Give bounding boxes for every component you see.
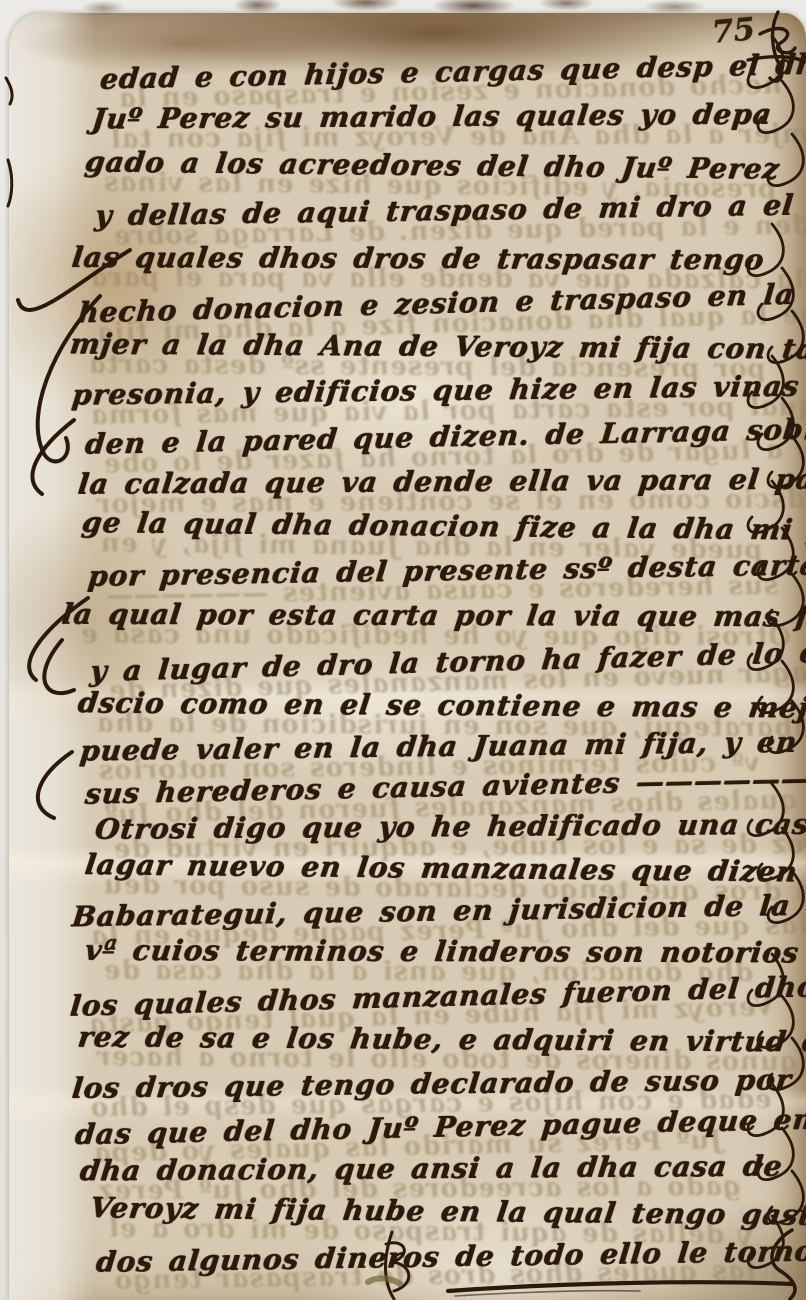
line-end-flourish bbox=[748, 356, 783, 408]
line-end-flourish bbox=[768, 436, 803, 488]
line-end-flourish bbox=[758, 81, 793, 133]
line-end-flourish bbox=[748, 954, 783, 1006]
line-end-flourish bbox=[758, 828, 793, 880]
line-end-flourish bbox=[748, 1084, 783, 1136]
left-margin-flourish bbox=[6, 78, 130, 818]
line-end-flourish bbox=[748, 224, 783, 276]
manuscript-scan: hecho donacion e zesion e traspaso en la… bbox=[0, 0, 806, 1300]
bottom-paraph-icon bbox=[368, 1232, 409, 1299]
folio-rubric-icon bbox=[748, 12, 803, 81]
line-end-flourish bbox=[768, 134, 803, 186]
line-end-flourish bbox=[748, 618, 783, 670]
line-end-flourish bbox=[758, 268, 793, 320]
ink-flourishes bbox=[0, 0, 806, 1300]
line-end-flourish bbox=[768, 701, 803, 753]
line-end-flourish bbox=[758, 1128, 793, 1180]
line-end-flourish bbox=[758, 528, 793, 580]
line-end-flourish bbox=[748, 784, 783, 836]
bottom-rule bbox=[448, 1282, 793, 1296]
line-end-flourish bbox=[748, 481, 783, 533]
